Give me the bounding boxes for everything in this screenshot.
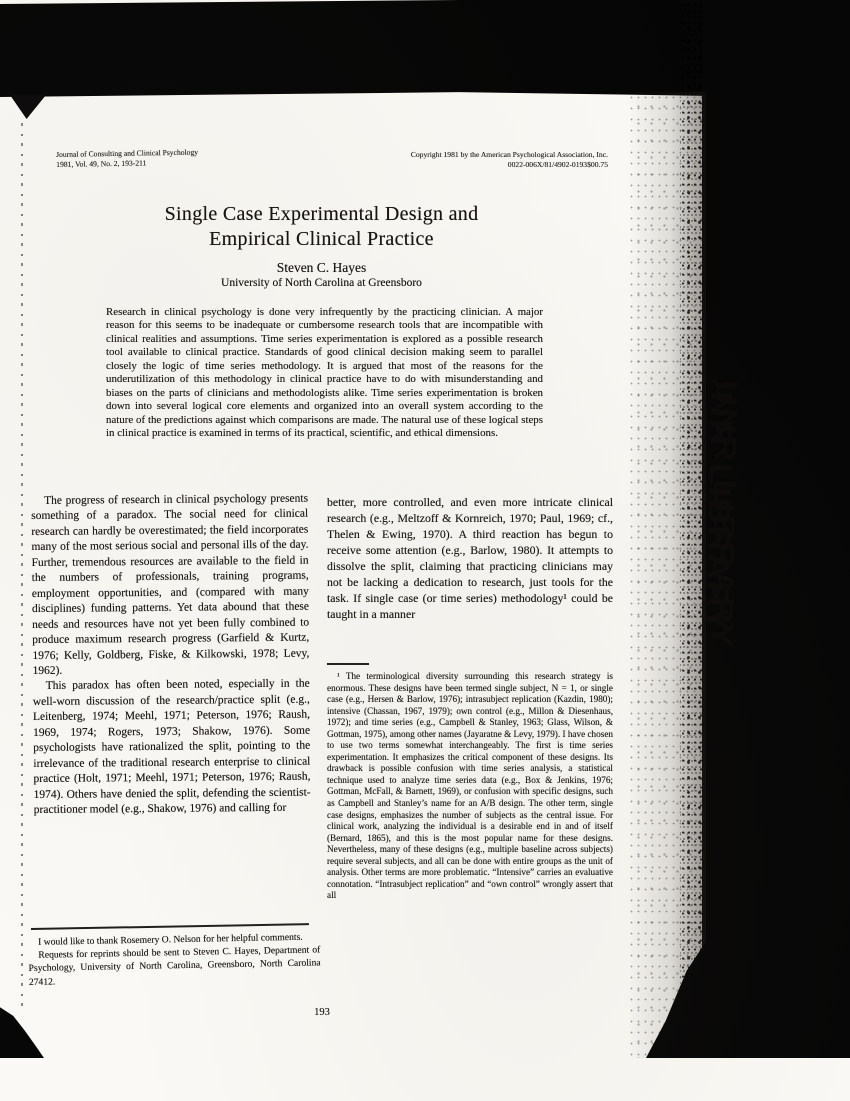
footnote-1-text: ¹ The terminological diversity surroundi…	[327, 671, 613, 902]
author-affiliation: University of North Carolina at Greensbo…	[31, 276, 612, 290]
reprint-request-note: Requests for reprints should be sent to …	[28, 944, 321, 989]
binding-edge-marks	[21, 116, 23, 1008]
journal-header: Journal of Consulting and Clinical Psych…	[56, 145, 316, 169]
page-number: 193	[292, 1007, 352, 1018]
article-title-line1: Single Case Experimental Design and	[31, 202, 612, 227]
body-left-column: The progress of research in clinical psy…	[31, 492, 311, 819]
footnote-rule-right	[327, 663, 369, 665]
author-note: I would like to thank Rosemery O. Nelson…	[28, 930, 321, 988]
footnote-rule-left	[31, 923, 309, 929]
title-block: Single Case Experimental Design and Empi…	[31, 202, 612, 290]
scan-artifact-bottom-left	[0, 1004, 44, 1058]
library-stamp: UNR LIBRARY	[645, 378, 740, 734]
terminology-footnote: ¹ The terminological diversity surroundi…	[327, 671, 613, 902]
scan-artifact-top-left	[10, 95, 46, 119]
scanned-journal-page: { "page": { "journal_line1": "Journal of…	[0, 0, 850, 1101]
body-paragraph-2: This paradox has often been noted, espec…	[33, 677, 311, 818]
body-paragraph-3: better, more controlled, and even more i…	[327, 494, 613, 622]
abstract-text: Research in clinical psychology is done …	[106, 306, 543, 441]
issn-line: 0022-006X/81/4902-0193$00.75	[360, 160, 608, 170]
body-paragraph-1: The progress of research in clinical psy…	[31, 492, 310, 680]
article-title-line2: Empirical Clinical Practice	[31, 227, 612, 252]
body-right-column: better, more controlled, and even more i…	[327, 494, 613, 622]
copyright-notice: Copyright 1981 by the American Psycholog…	[360, 150, 608, 169]
author-name: Steven C. Hayes	[31, 260, 612, 276]
copyright-line: Copyright 1981 by the American Psycholog…	[360, 150, 608, 160]
